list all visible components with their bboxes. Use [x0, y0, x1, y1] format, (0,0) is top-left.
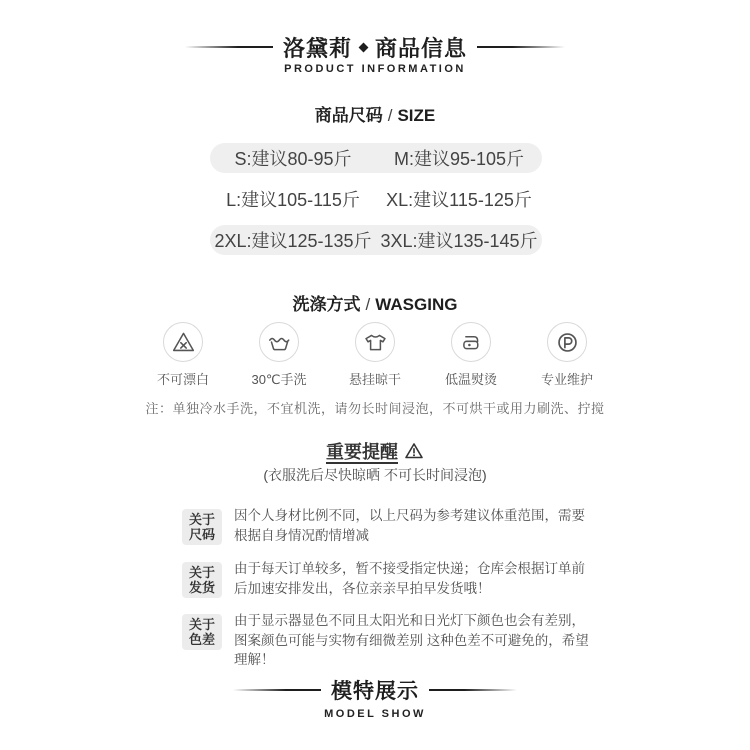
divider-line-right	[429, 689, 517, 691]
footer-subtitle: MODEL SHOW	[0, 708, 750, 720]
wash-label: 30℃手洗	[251, 369, 306, 388]
size-value-s: S:建议80-95斤	[210, 145, 376, 171]
wash-item-hand-wash: 30℃手洗	[246, 322, 312, 388]
badge-line: 关于	[189, 565, 215, 580]
footer-header: 模特展示	[0, 676, 750, 704]
wash-note: 注：单独冷水手洗，不宜机洗，请勿长时间浸泡，不可烘干或用力刷洗、拧搅	[0, 398, 750, 417]
wash-heading-zh: 洗涤方式	[293, 295, 361, 314]
page-title: 洛黛莉 商品信息	[283, 32, 467, 63]
product-info-page: 洛黛莉 商品信息 PRODUCT INFORMATION 商品尺码/SIZE S…	[0, 0, 750, 750]
heading-slash: /	[388, 106, 393, 125]
hang-dry-icon	[355, 322, 395, 362]
divider-line-left	[233, 689, 321, 691]
wash-label: 专业维护	[541, 369, 593, 388]
size-value-xl: XL:建议115-125斤	[376, 186, 542, 212]
size-heading-zh: 商品尺码	[315, 106, 383, 125]
heading-slash: /	[366, 295, 371, 314]
about-shipping-text: 由于每天订单较多，暂不接受指定快递；仓库会根据订单前后加速安排发出，各位亲亲早拍…	[234, 559, 592, 598]
wash-item-low-iron: 低温熨烫	[438, 322, 504, 388]
page-title-text: 商品信息	[375, 32, 467, 63]
footer-title: 模特展示	[331, 675, 419, 705]
badge-line: 发货	[189, 580, 215, 595]
no-bleach-icon	[163, 322, 203, 362]
wash-label: 悬挂晾干	[349, 369, 401, 388]
about-color-badge: 关于 色差	[182, 614, 222, 650]
wash-label: 不可漂白	[157, 369, 209, 388]
reminder-note: (衣服洗后尽快晾晒 不可长时间浸泡)	[0, 465, 750, 485]
size-heading-en: SIZE	[397, 106, 435, 125]
wash-section-heading: 洗涤方式/WASGING	[0, 290, 750, 315]
about-size-row: 关于 尺码 因个人身材比例不同，以上尺码为参考建议体重范围，需要根据自身情况酌情…	[182, 506, 602, 545]
low-temp-iron-icon	[451, 322, 491, 362]
size-row-s-m: S:建议80-95斤 M:建议95-105斤	[210, 143, 542, 173]
about-shipping-badge: 关于 发货	[182, 562, 222, 598]
reminder-title-text: 重要提醒	[326, 438, 398, 464]
size-value-3xl: 3XL:建议135-145斤	[376, 227, 542, 253]
hand-wash-30-icon	[259, 322, 299, 362]
diamond-separator-icon	[359, 42, 369, 52]
professional-care-icon	[547, 322, 587, 362]
about-size-badge: 关于 尺码	[182, 509, 222, 545]
about-color-row: 关于 色差 由于显示器显色不同且太阳光和日光灯下颜色也会有差别，图案颜色可能与实…	[182, 611, 602, 670]
size-row-2xl-3xl: 2XL:建议125-135斤 3XL:建议135-145斤	[210, 225, 542, 255]
wash-item-no-bleach: 不可漂白	[150, 322, 216, 388]
page-subtitle: PRODUCT INFORMATION	[0, 63, 750, 75]
reminder-title: 重要提醒	[0, 438, 750, 464]
warning-icon	[404, 441, 424, 461]
size-value-m: M:建议95-105斤	[376, 145, 542, 171]
size-row-l-xl: L:建议105-115斤 XL:建议115-125斤	[210, 184, 542, 214]
badge-line: 色差	[189, 632, 215, 647]
wash-icons-row: 不可漂白 30℃手洗 悬挂晾干	[0, 322, 750, 388]
wash-heading-en: WASGING	[375, 295, 457, 314]
wash-label: 低温熨烫	[445, 369, 497, 388]
size-value-l: L:建议105-115斤	[210, 186, 376, 212]
page-header: 洛黛莉 商品信息	[0, 32, 750, 62]
badge-line: 关于	[189, 617, 215, 632]
size-section-heading: 商品尺码/SIZE	[0, 101, 750, 126]
size-value-2xl: 2XL:建议125-135斤	[210, 227, 376, 253]
about-shipping-row: 关于 发货 由于每天订单较多，暂不接受指定快递；仓库会根据订单前后加速安排发出，…	[182, 559, 602, 598]
brand-name: 洛黛莉	[283, 32, 352, 63]
badge-line: 关于	[189, 512, 215, 527]
about-color-text: 由于显示器显色不同且太阳光和日光灯下颜色也会有差别，图案颜色可能与实物有细微差别…	[234, 611, 592, 670]
wash-item-professional-care: 专业维护	[534, 322, 600, 388]
badge-line: 尺码	[189, 527, 215, 542]
divider-line-left	[185, 46, 273, 48]
wash-item-hang-dry: 悬挂晾干	[342, 322, 408, 388]
about-size-text: 因个人身材比例不同，以上尺码为参考建议体重范围，需要根据自身情况酌情增减	[234, 506, 592, 545]
divider-line-right	[477, 46, 565, 48]
